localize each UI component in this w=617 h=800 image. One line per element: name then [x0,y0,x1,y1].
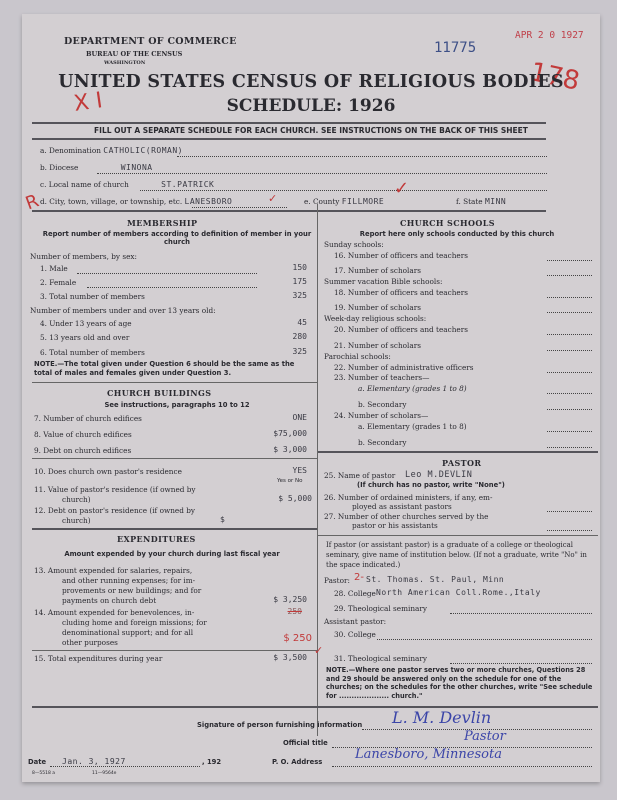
q27-answer-line[interactable] [547,530,592,531]
q9-debt-value: $ 3,000 [242,445,307,454]
church-schools-subtitle: Report here only schools conducted by th… [322,230,592,238]
yes-no-hint: Yes or No [277,478,302,484]
q29-answer-line[interactable] [450,613,592,614]
field-line [140,190,547,191]
q10-label: 10. Does church own pastor's residence [34,467,182,476]
q25-label: 25. Name of pastor [324,471,395,480]
q10-residence-value: YES [242,466,307,475]
received-date-stamp: APR 2 0 1927 [515,30,584,41]
form-title: UNITED STATES CENSUS OF RELIGIOUS BODIES [22,72,600,92]
q20-label: 20. Number of officers and teachers [334,325,468,334]
q22-label: 22. Number of administrative officers [334,363,474,372]
q2-female-value: 175 [262,277,307,286]
form-code-2: 11—9564e [92,771,116,776]
q17-answer-line[interactable] [547,275,592,276]
church-name-field: c. Local name of church ST.PATRICK [40,180,214,189]
q20-answer-line[interactable] [547,334,592,335]
q14-value: $ 250 [242,633,312,644]
q19-label: 19. Number of scholars [334,303,421,312]
field-line [87,287,257,288]
q5-over13-value: 280 [262,332,307,341]
form-subtitle: SCHEDULE: 1926 [22,96,600,116]
q24a-label: a. Elementary (grades 1 to 8) [358,422,467,431]
state-value: MINN [485,197,506,206]
q16-answer-line[interactable] [547,260,592,261]
q13-label-2: and other running expenses; for im- [62,576,195,585]
parochial-schools-label: Parochial schools: [324,352,391,361]
q31-answer-line[interactable] [450,663,592,664]
q11-label: 11. Value of pastor's residence (if owne… [34,485,196,494]
check-mark-icon: ✓ [394,178,409,199]
q24a-answer-line[interactable] [547,431,592,432]
q13-label: 13. Amount expended for salaries, repair… [34,566,192,575]
divider [32,528,317,530]
city-name: WASHINGTON [104,60,145,66]
q26-answer-line[interactable] [547,511,592,512]
q28-college-value: North American Coll.Rome.,Italy [376,588,541,597]
q23b-answer-line[interactable] [547,409,592,410]
q9-label: 9. Debt on church edifices [34,446,131,455]
q14-struck-value: 250 [272,607,302,616]
pastor-note: NOTE.—Where one pastor serves two or mor… [326,666,594,700]
form-code-1: 8—5518 a [32,771,55,776]
city-value: LANESBORO [185,197,233,206]
church-schools-title: CHURCH SCHOOLS [400,218,495,228]
expenditures-subtitle: Amount expended by your church during la… [32,550,312,558]
q12-label: 12. Debt on pastor's residence (if owned… [34,506,195,515]
q8-value-value: $75,000 [242,429,307,438]
field-line [97,173,547,174]
q7-edifices-value: ONE [242,413,307,422]
q14-label-4: other purposes [62,638,118,647]
q22-answer-line[interactable] [547,372,592,373]
q15-label: 15. Total expenditures during year [34,654,162,663]
divider [32,382,317,383]
q28-label: 28. College [334,589,376,598]
q30-answer-line[interactable] [377,639,592,640]
q18-label: 18. Number of officers and teachers [334,288,468,297]
q17-label: 17. Number of scholars [334,266,421,275]
q7-label: 7. Number of church edifices [34,414,142,423]
po-address-value: Lanesboro, Minnesota [355,747,502,762]
q23a-label: a. Elementary (grades 1 to 8) [358,384,467,393]
q12-debt-value: $ [220,515,240,524]
pastor-red-mark: 2- [354,572,364,583]
q14-label-3: denominational support; and for all [62,628,193,637]
q13-label-3: provements or new buildings; and for [62,586,201,595]
q6-label: 6. Total number of members [40,348,145,357]
q21-answer-line[interactable] [547,350,592,351]
q16-label: 16. Number of officers and teachers [334,251,468,260]
q24-label: 24. Number of scholars— [334,411,428,420]
q2-label: 2. Female [40,278,76,287]
diocese-value: WINONA [121,163,153,172]
po-address-label: P. O. Address [272,758,322,766]
q3-total-value: 325 [262,291,307,300]
official-title-value: Pastor [464,729,506,744]
q23a-answer-line[interactable] [547,393,592,394]
department-name: DEPARTMENT OF COMMERCE [64,36,237,47]
census-schedule-sheet: DEPARTMENT OF COMMERCE BUREAU OF THE CEN… [22,14,600,782]
date-label: Date [28,758,46,766]
q26-label-2: ployed as assistant pastors [352,502,452,511]
weekday-schools-label: Week-day religious schools: [324,314,426,323]
field-line [77,273,257,274]
state-field: f. State MINN [456,197,506,206]
q18-answer-line[interactable] [547,297,592,298]
buildings-title: CHURCH BUILDINGS [107,388,211,398]
form-instruction: FILL OUT A SEPARATE SCHEDULE FOR EACH CH… [22,126,600,135]
divider [32,138,546,140]
q24b-answer-line[interactable] [547,447,592,448]
denomination-value: CATHOLIC(ROMAN) [103,146,183,155]
pastor-label: Pastor: [324,576,350,585]
q21-label: 21. Number of scholars [334,341,421,350]
serial-number-stamp: 11775 [434,40,476,56]
q11-label-cont: church) [62,495,91,504]
q31-label: 31. Theological seminary [334,654,427,663]
q4-label: 4. Under 13 years of age [40,319,132,328]
expenditures-title: EXPENDITURES [117,534,196,544]
check-mark-icon: ✓ [314,644,323,657]
po-address-line[interactable] [332,766,592,767]
assistant-pastor-label: Assistant pastor: [324,617,386,626]
field-line [177,156,547,157]
date-suffix: , 192 [202,758,221,766]
q13-value: $ 3,250 [242,595,307,604]
city-field: d. City, town, village, or township, etc… [40,197,232,206]
date-line[interactable] [50,766,200,767]
signature-value: L. M. Devlin [392,708,491,727]
q13-label-4: payments on church debt [62,596,156,605]
date-value: Jan. 3, 1927 [62,757,126,766]
q24b-label: b. Secondary [358,438,406,447]
q12-label-cont: church) [62,516,91,525]
church-name-value: ST.PATRICK [161,180,214,189]
divider [32,458,317,459]
q1-male-value: 150 [262,263,307,272]
q25-pastor-name-value: Leo M.DEVLIN [405,470,472,480]
signature-label: Signature of person furnishing informati… [197,721,362,729]
q3-label: 3. Total number of members [40,292,145,301]
divider [32,706,598,708]
q4-under13-value: 45 [262,318,307,327]
divider [318,535,598,536]
q15-total-value: $ 3,500 [242,653,307,662]
q23-label: 23. Number of teachers— [334,373,429,382]
q27-label-2: pastor or his assistants [352,521,438,530]
buildings-subtitle: See instructions, paragraphs 10 to 12 [42,401,312,409]
q29-label: 29. Theological seminary [334,604,427,613]
bureau-name: BUREAU OF THE CENSUS [86,50,182,58]
q26-label: 26. Number of ordained ministers, if any… [324,493,492,502]
denomination-field: a. Denomination CATHOLIC(ROMAN) [40,146,183,155]
graduate-note: If pastor (or assistant pastor) is a gra… [326,540,594,570]
sunday-schools-label: Sunday schools: [324,240,384,249]
q1-label: 1. Male [40,264,68,273]
q19-answer-line[interactable] [547,312,592,313]
divider [32,122,546,124]
q25-hint: (If church has no pastor, write "None") [357,481,505,489]
pastor-school-value: St. Thomas. St. Paul, Minn [366,575,504,584]
pastor-title: PASTOR [442,458,481,468]
official-title-label: Official title [283,739,328,747]
divider [32,650,317,651]
q14-label: 14. Amount expended for benevolences, in… [34,608,194,617]
county-value: FILLMORE [342,197,385,206]
divider [318,451,598,453]
summer-schools-label: Summer vacation Bible schools: [324,277,442,286]
membership-subtitle: Report number of members according to de… [42,230,312,246]
by-age-label: Number of members under and over 13 year… [30,306,216,315]
q30-label: 30. College [334,630,376,639]
membership-title: MEMBERSHIP [127,218,197,228]
q23b-label: b. Secondary [358,400,406,409]
check-mark-icon: ✓ [268,192,277,205]
divider [32,210,546,212]
q8-label: 8. Value of church edifices [34,430,132,439]
membership-note: NOTE.—The total given under Question 6 s… [34,360,309,378]
diocese-field: b. Diocese WINONA [40,163,153,172]
q14-label-2: cluding home and foreign missions; for [62,618,207,627]
field-line [192,207,287,208]
q27-label: 27. Number of other churches served by t… [324,512,488,521]
q5-label: 5. 13 years old and over [40,333,129,342]
q11-residence-value: $ 5,000 [242,494,312,503]
by-sex-label: Number of members, by sex: [30,252,137,261]
q6-total-value: 325 [262,347,307,356]
